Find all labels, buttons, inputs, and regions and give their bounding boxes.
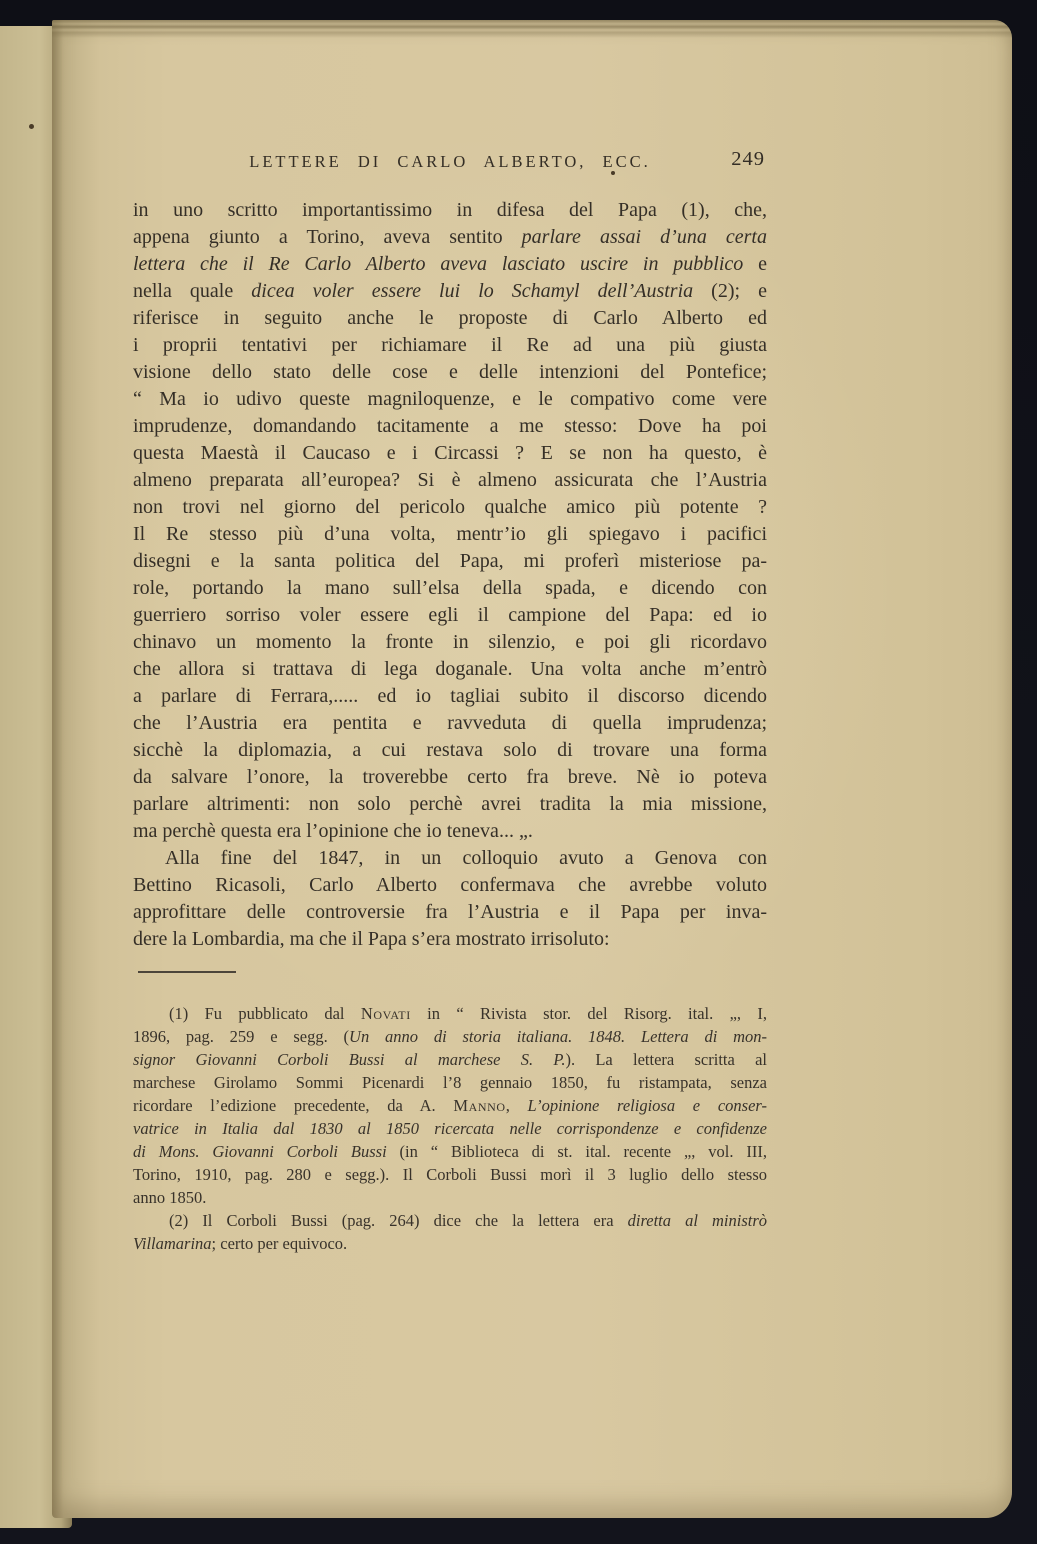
running-title: LETTERE DI CARLO ALBERTO, ECC. bbox=[133, 152, 767, 172]
roman-text: (in “ Biblioteca di st. ital. recente „,… bbox=[387, 1142, 767, 1161]
footnote-line: anno 1850. bbox=[133, 1186, 767, 1209]
footnote-line: Torino, 1910, pag. 280 e segg.). Il Corb… bbox=[133, 1163, 767, 1186]
text-line: Alla fine del 1847, in un colloquio avut… bbox=[133, 845, 767, 872]
roman-text: da salvare l’onore, la troverebbe certo … bbox=[133, 766, 767, 788]
roman-text: parlare altrimenti: non solo perchè avre… bbox=[133, 793, 767, 815]
text-line: a parlare di Ferrara,..... ed io tagliai… bbox=[133, 683, 767, 710]
ink-speck bbox=[29, 124, 34, 129]
text-line: che allora si trattava di lega doganale.… bbox=[133, 656, 767, 683]
text-line: nella quale dicea voler essere lui lo Sc… bbox=[133, 278, 767, 305]
text-line: approfittare delle controversie fra l’Au… bbox=[133, 899, 767, 926]
roman-text: (2); e bbox=[693, 280, 767, 302]
text-line: che l’Austria era pentita e ravveduta di… bbox=[133, 710, 767, 737]
footnote-line: Villamarina; certo per equivoco. bbox=[133, 1232, 767, 1255]
text-line: lettera che il Re Carlo Alberto aveva la… bbox=[133, 251, 767, 278]
text-line: Bettino Ricasoli, Carlo Alberto conferma… bbox=[133, 872, 767, 899]
text-line: sicchè la diplomazia, a cui restava solo… bbox=[133, 737, 767, 764]
roman-text: disegni e la santa politica del Papa, mi… bbox=[133, 550, 767, 572]
roman-text: visione dello stato delle cose e delle i… bbox=[133, 361, 767, 383]
text-line: imprudenze, domandando tacitamente a me … bbox=[133, 413, 767, 440]
text-line: guerriero sorriso voler essere egli il c… bbox=[133, 602, 767, 629]
roman-text: ma perchè questa era l’opinione che io t… bbox=[133, 820, 533, 842]
footnote-line: 1896, pag. 259 e segg. (Un anno di stori… bbox=[133, 1025, 767, 1048]
text-line: riferisce in seguito anche le proposte d… bbox=[133, 305, 767, 332]
roman-text: a parlare di Ferrara,..... ed io tagliai… bbox=[133, 685, 767, 707]
italic-text: parlare assai d’una certa bbox=[522, 226, 767, 248]
text-line: non trovi nel giorno del pericolo qualch… bbox=[133, 494, 767, 521]
roman-text: che l’Austria era pentita e ravveduta di… bbox=[133, 712, 767, 734]
footnotes: (1) Fu pubblicato dal Novati in “ Rivist… bbox=[133, 1002, 767, 1255]
italic-text: L’opinione religiosa e conser- bbox=[528, 1096, 767, 1115]
text-line: role, portando la mano sull’elsa della s… bbox=[133, 575, 767, 602]
smallcaps-text: Novati bbox=[361, 1004, 411, 1023]
text-line: dere la Lombardia, ma che il Papa s’era … bbox=[133, 926, 767, 953]
italic-text: signor Giovanni Corboli Bussi al marches… bbox=[133, 1050, 565, 1069]
text-line: parlare altrimenti: non solo perchè avre… bbox=[133, 791, 767, 818]
roman-text: (1) Fu pubblicato dal bbox=[169, 1004, 361, 1023]
roman-text: nella quale bbox=[133, 280, 251, 302]
text-line: chinavo un momento la fronte in silenzio… bbox=[133, 629, 767, 656]
roman-text: Alla fine del 1847, in un colloquio avut… bbox=[165, 847, 767, 869]
roman-text: ). La lettera scritta al bbox=[565, 1050, 767, 1069]
roman-text: dere la Lombardia, ma che il Papa s’era … bbox=[133, 928, 610, 950]
roman-text: 1896, pag. 259 e segg. ( bbox=[133, 1027, 349, 1046]
roman-text: role, portando la mano sull’elsa della s… bbox=[133, 577, 767, 599]
text-line: da salvare l’onore, la troverebbe certo … bbox=[133, 764, 767, 791]
roman-text: e bbox=[743, 253, 767, 275]
roman-text: , bbox=[506, 1096, 528, 1115]
italic-text: vatrice in Italia dal 1830 al 1850 ricer… bbox=[133, 1119, 767, 1138]
text-line: questa Maestà il Caucaso e i Circassi ? … bbox=[133, 440, 767, 467]
roman-text: marchese Girolamo Sommi Picenardi l’8 ge… bbox=[133, 1073, 767, 1092]
roman-text: i proprii tentativi per richiamare il Re… bbox=[133, 334, 767, 356]
roman-text: questa Maestà il Caucaso e i Circassi ? … bbox=[133, 442, 767, 464]
footnote-line: ricordare l’edizione precedente, da A. M… bbox=[133, 1094, 767, 1117]
body-text: in uno scritto importantissimo in difesa… bbox=[133, 197, 767, 953]
italic-text: lettera che il Re Carlo Alberto aveva la… bbox=[133, 253, 743, 275]
text-line: disegni e la santa politica del Papa, mi… bbox=[133, 548, 767, 575]
roman-text: Il Re stesso più d’una volta, mentr’io g… bbox=[133, 523, 767, 545]
roman-text: approfittare delle controversie fra l’Au… bbox=[133, 901, 767, 923]
text-line: almeno preparata all’europea? Si è almen… bbox=[133, 467, 767, 494]
footnote-line: marchese Girolamo Sommi Picenardi l’8 ge… bbox=[133, 1071, 767, 1094]
footnote-line: signor Giovanni Corboli Bussi al marches… bbox=[133, 1048, 767, 1071]
text-line: visione dello stato delle cose e delle i… bbox=[133, 359, 767, 386]
text-line: ma perchè questa era l’opinione che io t… bbox=[133, 818, 767, 845]
italic-text: Un anno di storia italiana. 1848. Letter… bbox=[349, 1027, 767, 1046]
italic-text: dicea voler essere lui lo Schamyl dell’A… bbox=[251, 280, 693, 302]
roman-text: appena giunto a Torino, aveva sentito bbox=[133, 226, 522, 248]
roman-text: anno 1850. bbox=[133, 1188, 206, 1207]
page-header: LETTERE DI CARLO ALBERTO, ECC. 249 bbox=[133, 148, 767, 180]
roman-text: sicchè la diplomazia, a cui restava solo… bbox=[133, 739, 767, 761]
footnote-separator bbox=[138, 971, 236, 973]
roman-text: non trovi nel giorno del pericolo qualch… bbox=[133, 496, 767, 518]
smallcaps-text: Manno bbox=[453, 1096, 505, 1115]
roman-text: ; certo per equivoco. bbox=[212, 1234, 348, 1253]
text-line: Il Re stesso più d’una volta, mentr’io g… bbox=[133, 521, 767, 548]
roman-text: ricordare l’edizione precedente, da A. bbox=[133, 1096, 453, 1115]
italic-text: Villamarina bbox=[133, 1234, 212, 1253]
text-line: in uno scritto importantissimo in difesa… bbox=[133, 197, 767, 224]
roman-text: in “ Rivista stor. del Risorg. ital. „, … bbox=[411, 1004, 767, 1023]
page-edge-lines bbox=[52, 20, 1012, 38]
roman-text: chinavo un momento la fronte in silenzio… bbox=[133, 631, 767, 653]
roman-text: Torino, 1910, pag. 280 e segg.). Il Corb… bbox=[133, 1165, 767, 1184]
text-line: “ Ma io udivo queste magniloquenze, e le… bbox=[133, 386, 767, 413]
roman-text: imprudenze, domandando tacitamente a me … bbox=[133, 415, 767, 437]
roman-text: riferisce in seguito anche le proposte d… bbox=[133, 307, 767, 329]
italic-text: di Mons. Giovanni Corboli Bussi bbox=[133, 1142, 387, 1161]
roman-text: guerriero sorriso voler essere egli il c… bbox=[133, 604, 767, 626]
text-line: i proprii tentativi per richiamare il Re… bbox=[133, 332, 767, 359]
page-number: 249 bbox=[731, 148, 765, 171]
roman-text: “ Ma io udivo queste magniloquenze, e le… bbox=[133, 388, 767, 410]
footnote-line: di Mons. Giovanni Corboli Bussi (in “ Bi… bbox=[133, 1140, 767, 1163]
roman-text: che allora si trattava di lega doganale.… bbox=[133, 658, 767, 680]
book-scan: LETTERE DI CARLO ALBERTO, ECC. 249 in un… bbox=[0, 0, 1037, 1544]
italic-text: diretta al ministrò bbox=[628, 1211, 767, 1230]
footnote-line: (1) Fu pubblicato dal Novati in “ Rivist… bbox=[133, 1002, 767, 1025]
footnote-line: (2) Il Corboli Bussi (pag. 264) dice che… bbox=[133, 1209, 767, 1232]
footnote-line: vatrice in Italia dal 1830 al 1850 ricer… bbox=[133, 1117, 767, 1140]
roman-text: Bettino Ricasoli, Carlo Alberto conferma… bbox=[133, 874, 767, 896]
text-line: appena giunto a Torino, aveva sentito pa… bbox=[133, 224, 767, 251]
roman-text: in uno scritto importantissimo in difesa… bbox=[133, 199, 767, 221]
roman-text: (2) Il Corboli Bussi (pag. 264) dice che… bbox=[169, 1211, 628, 1230]
roman-text: almeno preparata all’europea? Si è almen… bbox=[133, 469, 767, 491]
